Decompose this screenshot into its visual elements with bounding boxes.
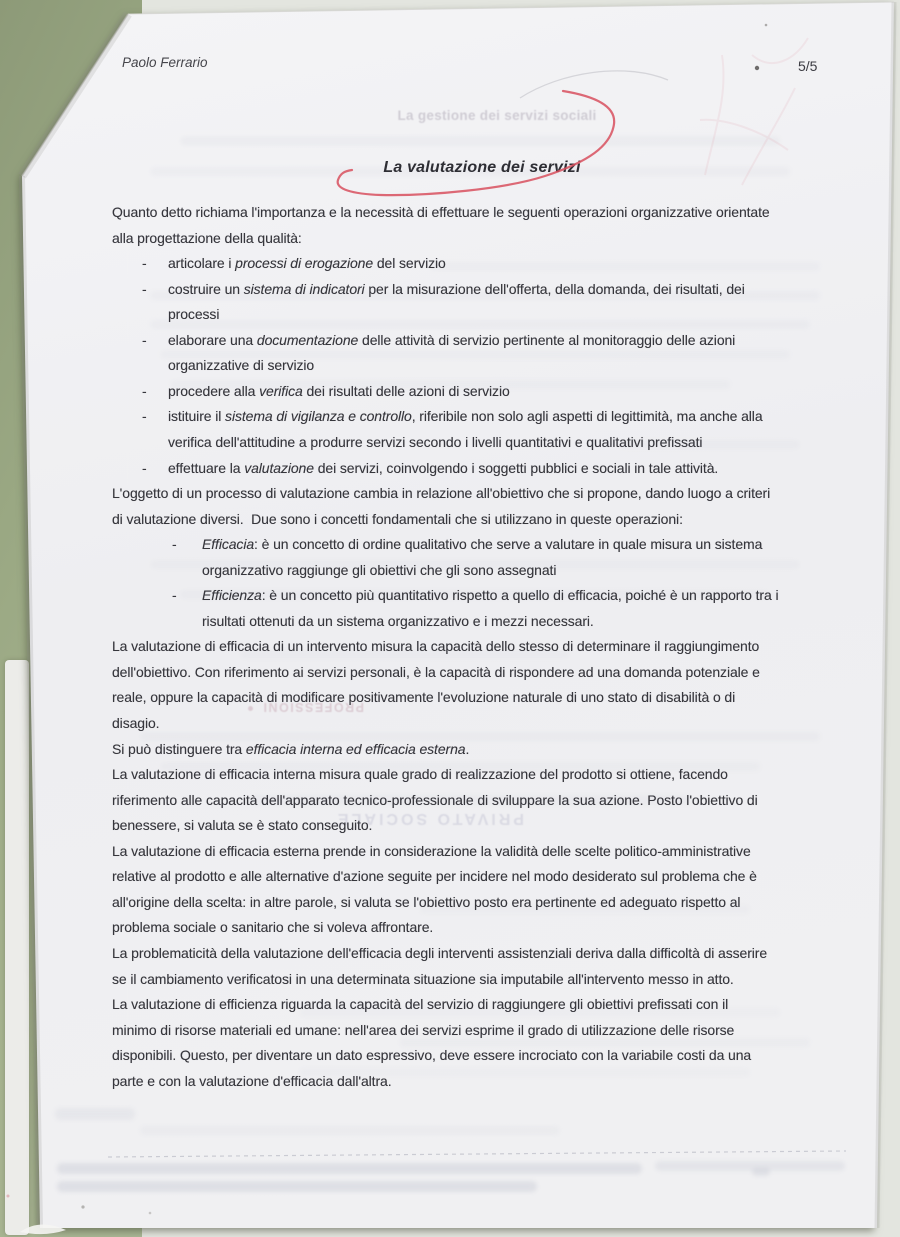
ghost-bleed-line (140, 1126, 560, 1135)
body-text: La valutazione di efficienza riguarda la… (112, 996, 728, 1012)
body-line: relative al prodotto e alle alternative … (112, 868, 757, 884)
body-text: effettuare la (168, 460, 244, 476)
body-text: : è un concetto di ordine qualitativo ch… (254, 536, 762, 552)
ghost-page-number (752, 1168, 770, 1176)
body-text: L'oggetto di un processo di valutazione … (112, 485, 770, 501)
body-text: dei servizi, coinvolgendo i soggetti pub… (314, 460, 718, 476)
body-line: problema sociale o sanitario che si vole… (112, 919, 433, 935)
scanned-page: La gestione dei servizi sociali PROFESSI… (0, 0, 900, 1237)
body-text: La problematicità della valutazione dell… (112, 945, 767, 961)
body-text: problema sociale o sanitario che si vole… (112, 919, 433, 935)
body-line: Si può distinguere tra efficacia interna… (112, 741, 469, 757)
body-text: disponibili. Questo, per diventare un da… (112, 1047, 751, 1063)
body-text: : è un concetto più quantitativo rispett… (262, 587, 779, 603)
body-line-bullet: -Efficacia: è un concetto di ordine qual… (202, 536, 762, 552)
ghost-bleed-line (150, 320, 810, 329)
ghost-footer-line (57, 1181, 537, 1192)
body-line: dell'obiettivo. Con riferimento ai servi… (112, 664, 760, 680)
ghost-bullet-dot (248, 706, 253, 711)
body-line: reale, oppure la capacità di modificare … (112, 689, 735, 705)
body-text: di valutazione diversi. Due sono i conce… (112, 511, 683, 527)
body-line-bullet: -articolare i processi di erogazione del… (168, 255, 446, 271)
body-text: per la misurazione dell'offerta, della d… (365, 281, 745, 297)
body-line: La valutazione di efficacia di un interv… (112, 638, 759, 654)
body-text: minimo di risorse materiali ed umane: ne… (112, 1022, 734, 1038)
body-text: reale, oppure la capacità di modificare … (112, 689, 735, 705)
body-line: se il cambiamento verificatosi in una de… (112, 971, 734, 987)
body-text: Si può distinguere tra (112, 741, 246, 757)
ghost-bleed-line (400, 1038, 810, 1047)
body-text: relative al prodotto e alle alternative … (112, 868, 757, 884)
header-author: Paolo Ferrario (122, 55, 208, 70)
body-line: benessere, si valuta se è stato consegui… (112, 817, 372, 833)
body-text-italic: Efficacia (202, 536, 254, 552)
body-text: risultati ottenuti da un sistema organiz… (202, 613, 594, 629)
body-line: La valutazione di efficacia esterna pren… (112, 843, 751, 859)
bullet-dash: - (142, 332, 147, 348)
body-line: parte e con la valutazione d'efficacia d… (112, 1073, 392, 1089)
ghost-footer-line (57, 1163, 642, 1174)
body-line: disponibili. Questo, per diventare un da… (112, 1047, 751, 1063)
bullet-dash: - (142, 383, 147, 399)
ghost-bleed-line (180, 136, 780, 146)
body-text: riferimento alle capacità dell'apparato … (112, 792, 758, 808)
bullet-dash: - (142, 255, 147, 271)
pencil-arc (520, 71, 668, 98)
top-edge (128, 2, 894, 14)
bullet-dash: - (172, 536, 177, 552)
bullet-dash: - (142, 281, 147, 297)
body-line: processi (168, 306, 219, 322)
body-text: La valutazione di efficacia interna misu… (112, 766, 728, 782)
body-text-italic: efficacia interna ed efficacia esterna (246, 741, 466, 757)
body-text-italic: valutazione (244, 460, 314, 476)
body-text: dell'obiettivo. Con riferimento ai servi… (112, 664, 760, 680)
body-text: procedere alla (168, 383, 259, 399)
body-text: Quanto detto richiama l'importanza e la … (112, 204, 770, 220)
body-line-bullet: -elaborare una documentazione delle atti… (168, 332, 735, 348)
body-line: alla progettazione della qualità: (112, 230, 302, 246)
body-line-bullet: -istituire il sistema di vigilanza e con… (168, 408, 763, 424)
body-line-bullet: -Efficienza: è un concetto più quantitat… (202, 587, 778, 603)
body-line: minimo di risorse materiali ed umane: ne… (112, 1022, 734, 1038)
body-line: La problematicità della valutazione dell… (112, 945, 767, 961)
body-text-italic: sistema di indicatori (244, 281, 365, 297)
body-text-italic: processi di erogazione (235, 255, 373, 271)
red-pen-bleed-scribble (700, 38, 808, 185)
body-text: elaborare una (168, 332, 257, 348)
body-text: se il cambiamento verificatosi in una de… (112, 971, 734, 987)
body-text: , riferibile non solo agli aspetti di le… (412, 408, 763, 424)
body-line: Quanto detto richiama l'importanza e la … (112, 204, 770, 220)
body-text: La valutazione di efficacia esterna pren… (112, 843, 751, 859)
body-line: La valutazione di efficacia interna misu… (112, 766, 728, 782)
body-text: all'origine della scelta: in altre parol… (112, 894, 740, 910)
body-text: organizzativo raggiunge gli obiettivi ch… (202, 562, 556, 578)
body-text: delle attività di servizio pertinente al… (358, 332, 735, 348)
bullet-dash: - (172, 587, 177, 603)
body-line: organizzative di servizio (168, 357, 314, 373)
body-text: verifica dell'attitudine a produrre serv… (168, 434, 702, 450)
body-line: di valutazione diversi. Due sono i conce… (112, 511, 683, 527)
body-line: riferimento alle capacità dell'apparato … (112, 792, 758, 808)
body-text: . (465, 741, 469, 757)
body-text: processi (168, 306, 219, 322)
body-line: La valutazione di efficienza riguarda la… (112, 996, 728, 1012)
body-line-bullet: -costruire un sistema di indicatori per … (168, 281, 745, 297)
ghost-footer-line (655, 1161, 845, 1171)
right-edge-shadow (877, 2, 894, 1228)
body-text: del servizio (373, 255, 446, 271)
body-text: La valutazione di efficacia di un interv… (112, 638, 759, 654)
body-line: organizzativo raggiunge gli obiettivi ch… (202, 562, 556, 578)
ghost-heading: La gestione dei servizi sociali (397, 108, 596, 123)
body-line-bullet: -procedere alla verifica dei risultati d… (168, 383, 510, 399)
bullet-dash: - (142, 408, 147, 424)
body-text: organizzative di servizio (168, 357, 314, 373)
body-line-bullet: -effettuare la valutazione dei servizi, … (168, 460, 718, 476)
ghost-separator-line (108, 1151, 846, 1157)
body-line: all'origine della scelta: in altre parol… (112, 894, 740, 910)
body-text-italic: Efficienza (202, 587, 262, 603)
body-line: verifica dell'attitudine a produrre serv… (168, 434, 702, 450)
body-line: disagio. (112, 715, 159, 731)
bullet-dash: - (142, 460, 147, 476)
body-text: benessere, si valuta se è stato consegui… (112, 817, 372, 833)
body-line: risultati ottenuti da un sistema organiz… (202, 613, 594, 629)
body-text: disagio. (112, 715, 159, 731)
body-text: dei risultati delle azioni di servizio (303, 383, 510, 399)
body-text-italic: verifica (259, 383, 303, 399)
body-text: articolare i (168, 255, 235, 271)
body-text: istituire il (168, 408, 225, 424)
body-line: L'oggetto di un processo di valutazione … (112, 485, 770, 501)
body-text-italic: sistema di vigilanza e controllo (225, 408, 412, 424)
body-text: alla progettazione della qualità: (112, 230, 302, 246)
ghost-bleed-line (430, 262, 820, 271)
body-text-italic: documentazione (257, 332, 358, 348)
body-text: parte e con la valutazione d'efficacia d… (112, 1073, 392, 1089)
body-text: costruire un (168, 281, 244, 297)
under-sheet-edge (5, 660, 29, 1235)
ghost-bleed-line (55, 1108, 135, 1120)
header-page-number: 5/5 (798, 58, 817, 74)
page-title: La valutazione dei servizi (383, 159, 580, 177)
